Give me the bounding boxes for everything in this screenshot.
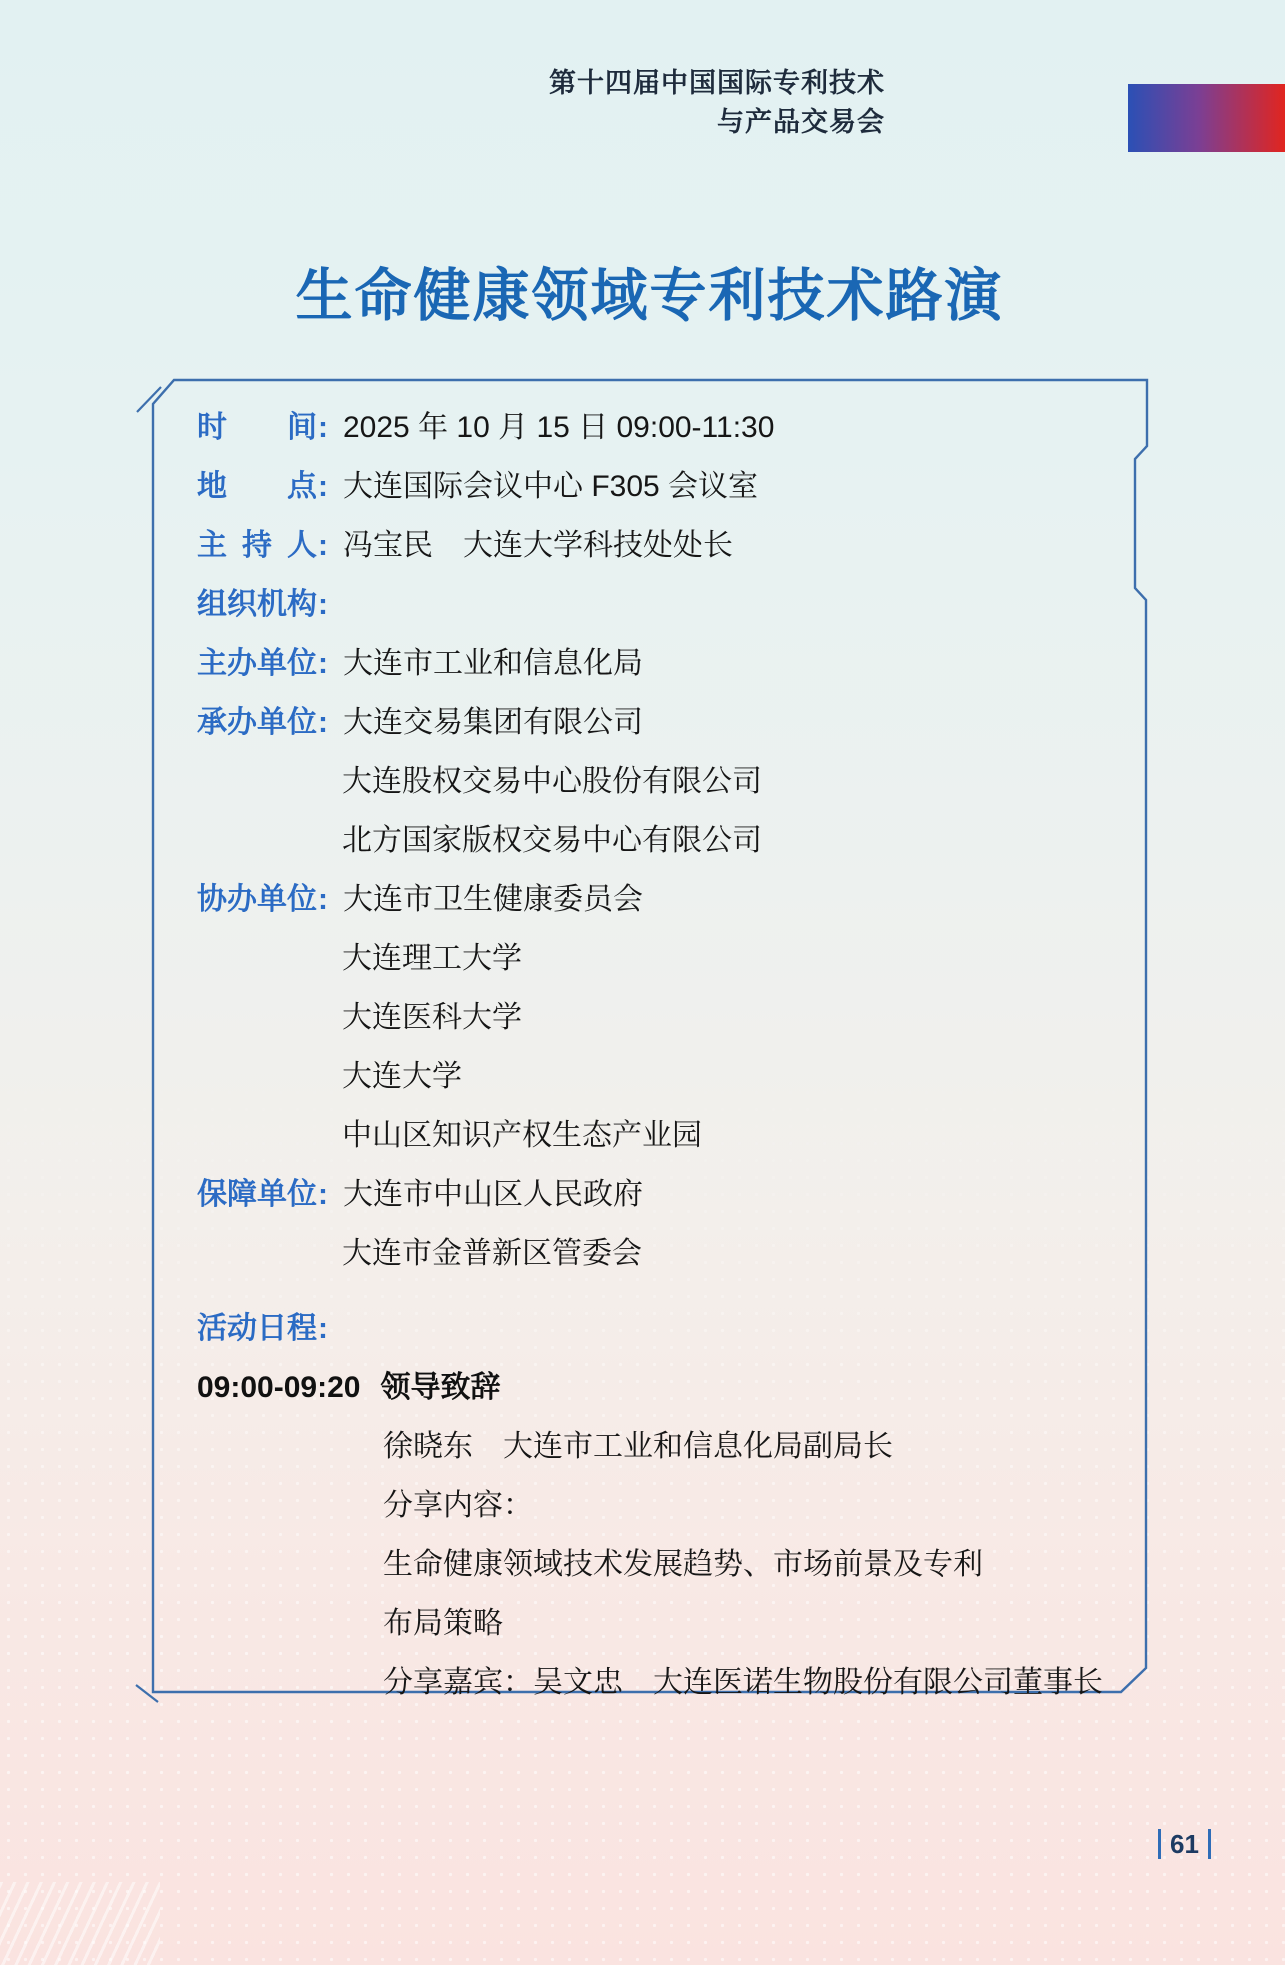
schedule-detail-text: 徐晓东 大连市工业和信息化局副局长: [383, 1417, 893, 1476]
header-line1: 第十四届中国国际专利技术: [549, 64, 885, 103]
info-label-colon: :: [318, 411, 328, 444]
info-label-colon: :: [318, 706, 328, 739]
info-value-continuation: 大连医科大学: [197, 988, 1122, 1047]
info-label-colon: :: [318, 1178, 328, 1211]
info-value: 大连市中山区人民政府: [343, 1178, 643, 1211]
info-value-continuation: 大连大学: [197, 1047, 1122, 1106]
info-value-continuation: 大连股权交易中心股份有限公司: [197, 752, 1122, 811]
info-value-continuation: 大连理工大学: [197, 929, 1122, 988]
corner-accent-bottom-left: [136, 1685, 158, 1702]
schedule-detail: 分享内容：生命健康领域技术发展趋势、市场前景及专利布局策略: [197, 1476, 1122, 1653]
event-card-content: 时间:2025 年 10 月 15 日 09:00-11:30地点:大连国际会议…: [197, 398, 1122, 1712]
page-number-block: 61: [1158, 1827, 1211, 1861]
page-title: 生命健康领域专利技术路演: [151, 250, 1148, 332]
info-label: 时间: [197, 398, 317, 457]
info-value: 大连大学: [342, 1060, 462, 1093]
header-gradient-bar: [1128, 84, 1285, 152]
page-header: 第十四届中国国际专利技术 与产品交易会: [549, 64, 885, 142]
info-row: 保障单位:大连市中山区人民政府: [197, 1165, 1122, 1224]
info-value-continuation: 中山区知识产权生态产业园: [197, 1106, 1122, 1165]
page-number: 61: [1170, 1829, 1199, 1860]
info-value: 大连股权交易中心股份有限公司: [342, 765, 762, 798]
info-row: 主持人:冯宝民 大连大学科技处处长: [197, 516, 1122, 575]
info-label-colon: :: [318, 470, 328, 503]
schedule-title: 领导致辞: [380, 1371, 500, 1404]
info-label-colon: :: [318, 1312, 328, 1345]
info-label: 主办单位: [197, 634, 317, 693]
page-number-bar-right: [1208, 1829, 1211, 1859]
info-value: 大连理工大学: [342, 942, 522, 975]
schedule-detail-text: 生命健康领域技术发展趋势、市场前景及专利布局策略: [383, 1535, 995, 1653]
info-label-colon: :: [318, 883, 328, 916]
info-value: 大连市金普新区管委会: [342, 1237, 642, 1270]
header-line2: 与产品交易会: [549, 103, 885, 142]
info-label: 协办单位: [197, 870, 317, 929]
schedule-detail-text: 吴文忠 大连医诺生物股份有限公司董事长: [533, 1653, 1103, 1712]
info-value: 大连医科大学: [342, 1001, 522, 1034]
info-label: 主持人: [197, 516, 317, 575]
schedule-detail-label: 分享内容：: [383, 1489, 533, 1522]
info-value: 大连国际会议中心 F305 会议室: [343, 470, 758, 503]
info-row: 承办单位:大连交易集团有限公司: [197, 693, 1122, 752]
corner-accent-top-left: [137, 387, 161, 412]
schedule-time: 09:00-09:20: [197, 1371, 360, 1404]
info-value: 大连市工业和信息化局: [343, 647, 643, 680]
info-row: 组织机构:: [197, 575, 1122, 634]
info-value: 2025 年 10 月 15 日 09:00-11:30: [343, 411, 774, 444]
info-row: 地点:大连国际会议中心 F305 会议室: [197, 457, 1122, 516]
info-value: 北方国家版权交易中心有限公司: [342, 824, 762, 857]
schedule-detail-label: 分享嘉宾：: [383, 1666, 533, 1699]
info-label: 地点: [197, 457, 317, 516]
info-label-colon: :: [318, 588, 328, 621]
info-label-colon: :: [318, 647, 328, 680]
info-value: 中山区知识产权生态产业园: [342, 1119, 702, 1152]
info-row: 活动日程:: [197, 1299, 1122, 1358]
info-label: 承办单位: [197, 693, 317, 752]
info-label-colon: :: [318, 529, 328, 562]
info-label: 保障单位: [197, 1165, 317, 1224]
schedule-row: 09:00-09:20领导致辞: [197, 1358, 1122, 1417]
info-value-continuation: 大连市金普新区管委会: [197, 1224, 1122, 1283]
info-label: 组织机构: [197, 575, 317, 634]
info-value: 冯宝民 大连大学科技处处长: [343, 529, 733, 562]
info-row: 协办单位:大连市卫生健康委员会: [197, 870, 1122, 929]
info-row: 时间:2025 年 10 月 15 日 09:00-11:30: [197, 398, 1122, 457]
info-value: 大连交易集团有限公司: [343, 706, 643, 739]
info-label: 活动日程: [197, 1299, 317, 1358]
schedule-detail: 分享嘉宾：吴文忠 大连医诺生物股份有限公司董事长: [197, 1653, 1122, 1712]
schedule-detail: 徐晓东 大连市工业和信息化局副局长: [197, 1417, 1122, 1476]
info-value-continuation: 北方国家版权交易中心有限公司: [197, 811, 1122, 870]
page-number-bar-left: [1158, 1829, 1161, 1859]
corner-hatch-texture: [0, 1882, 160, 1965]
brochure-page: { "header": { "title_line1": "第十四届中国国际专利…: [0, 0, 1285, 1965]
info-value: 大连市卫生健康委员会: [343, 883, 643, 916]
info-row: 主办单位:大连市工业和信息化局: [197, 634, 1122, 693]
